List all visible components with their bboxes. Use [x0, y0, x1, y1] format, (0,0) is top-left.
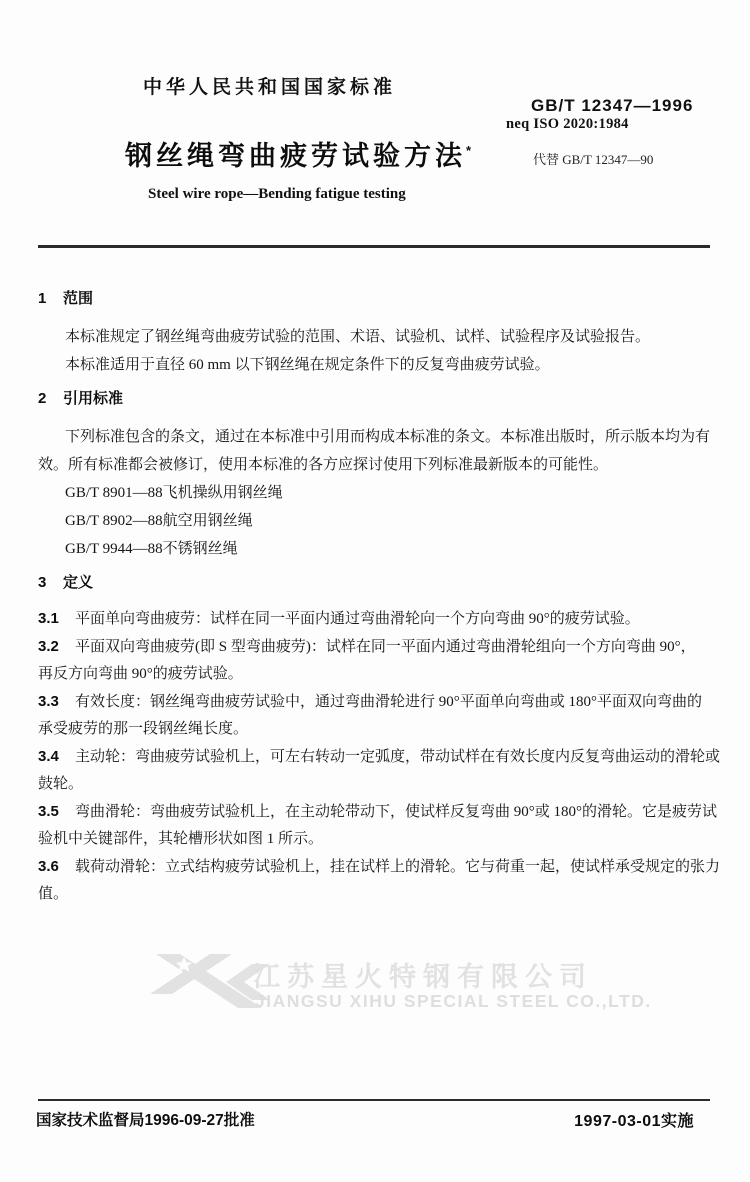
replaces-note: 代替 GB/T 12347—90 [533, 149, 653, 168]
definition-item-3-6: 3.6载荷动滑轮：立式结构疲劳试验机上，挂在试样上的滑轮。它与荷重一起，使试样承… [38, 853, 714, 881]
xihu-x-logo-icon [148, 950, 276, 1014]
reference-code: GB/T 9944—88 [65, 535, 163, 563]
document-title-en: Steel wire rope—Bending fatigue testing [148, 186, 406, 203]
reference-name: 航空用钢丝绳 [163, 513, 253, 529]
reference-code: GB/T 8901—88 [65, 479, 163, 507]
section-1-heading: 1范围 [38, 289, 714, 309]
definition-item-3-4-continued: 鼓轮。 [38, 771, 714, 798]
footer-divider-rule [38, 1099, 710, 1101]
section-1-paragraph: 本标准适用于直径 60 mm 以下钢丝绳在规定条件下的反复弯曲疲劳试验。 [38, 351, 714, 379]
section-1-paragraph: 本标准规定了钢丝绳弯曲疲劳试验的范围、术语、试验机、试样、试验程序及试验报告。 [38, 323, 714, 351]
title-footnote-mark: * [466, 143, 471, 158]
definition-item-3-4: 3.4主动轮：弯曲疲劳试验机上，可左右转动一定弧度，带动试样在有效长度内反复弯曲… [38, 743, 714, 771]
reference-standard-item: GB/T 8901—88飞机操纵用钢丝绳 [38, 479, 714, 507]
definition-number: 3.6 [38, 853, 75, 880]
national-standard-label: 中华人民共和国国家标准 [143, 72, 396, 99]
section-2-heading: 2引用标准 [38, 389, 714, 409]
watermark-company-cn: 江苏星火特钢有限公司 [253, 955, 593, 994]
standard-document-page: 江苏星火特钢有限公司 JIANGSU XIHU SPECIAL STEEL CO… [0, 0, 750, 1182]
definition-item-3-3: 3.3有效长度：钢丝绳弯曲疲劳试验中，通过弯曲滑轮进行 90°平面单向弯曲或 1… [38, 688, 714, 716]
reference-standard-item: GB/T 8902—88航空用钢丝绳 [38, 507, 714, 535]
definition-item-3-5: 3.5弯曲滑轮：弯曲疲劳试验机上，在主动轮带动下，使试样反复弯曲 90°或 18… [38, 798, 714, 826]
definition-number: 3.1 [38, 605, 75, 632]
section-2-paragraph-line: 下列标准包含的条文，通过在本标准中引用而构成本标准的条文。本标准出版时，所示版本… [38, 423, 714, 451]
watermark-company-en: JIANGSU XIHU SPECIAL STEEL CO.,LTD. [255, 991, 652, 1012]
section-3-heading: 3定义 [38, 573, 714, 593]
header-divider-rule [38, 245, 710, 248]
definition-item-3-2: 3.2平面双向弯曲疲劳(即 S 型弯曲疲劳)：试样在同一平面内通过弯曲滑轮组向一… [38, 633, 714, 661]
definition-number: 3.5 [38, 798, 75, 825]
definition-item-3-6-continued: 值。 [38, 881, 714, 908]
iso-reference: neq ISO 2020:1984 [506, 116, 629, 133]
document-body: 1范围 本标准规定了钢丝绳弯曲疲劳试验的范围、术语、试验机、试样、试验程序及试验… [38, 289, 714, 908]
document-title-cn: 钢丝绳弯曲疲劳试验方法* [125, 134, 471, 173]
definition-number: 3.3 [38, 688, 75, 715]
reference-name: 不锈钢丝绳 [163, 541, 238, 557]
reference-standard-item: GB/T 9944—88不锈钢丝绳 [38, 535, 714, 563]
approval-note: 国家技术监督局1996-09-27批准 [36, 1108, 255, 1130]
definition-item-3-1: 3.1平面单向弯曲疲劳：试样在同一平面内通过弯曲滑轮向一个方向弯曲 90°的疲劳… [38, 605, 714, 633]
implementation-note: 1997-03-01实施 [574, 1108, 694, 1131]
section-2-paragraph-line: 效。所有标准都会被修订，使用本标准的各方应探讨使用下列标准最新版本的可能性。 [38, 451, 714, 479]
definition-number: 3.4 [38, 743, 75, 770]
definition-item-3-2-continued: 再反方向弯曲 90°的疲劳试验。 [38, 661, 714, 688]
reference-name: 飞机操纵用钢丝绳 [163, 485, 283, 501]
definition-item-3-3-continued: 承受疲劳的那一段钢丝绳长度。 [38, 716, 714, 743]
standard-code: GB/T 12347—1996 [531, 96, 693, 116]
reference-code: GB/T 8902—88 [65, 507, 163, 535]
definition-item-3-5-continued: 验机中关键部件，其轮槽形状如图 1 所示。 [38, 826, 714, 853]
definition-number: 3.2 [38, 633, 75, 660]
